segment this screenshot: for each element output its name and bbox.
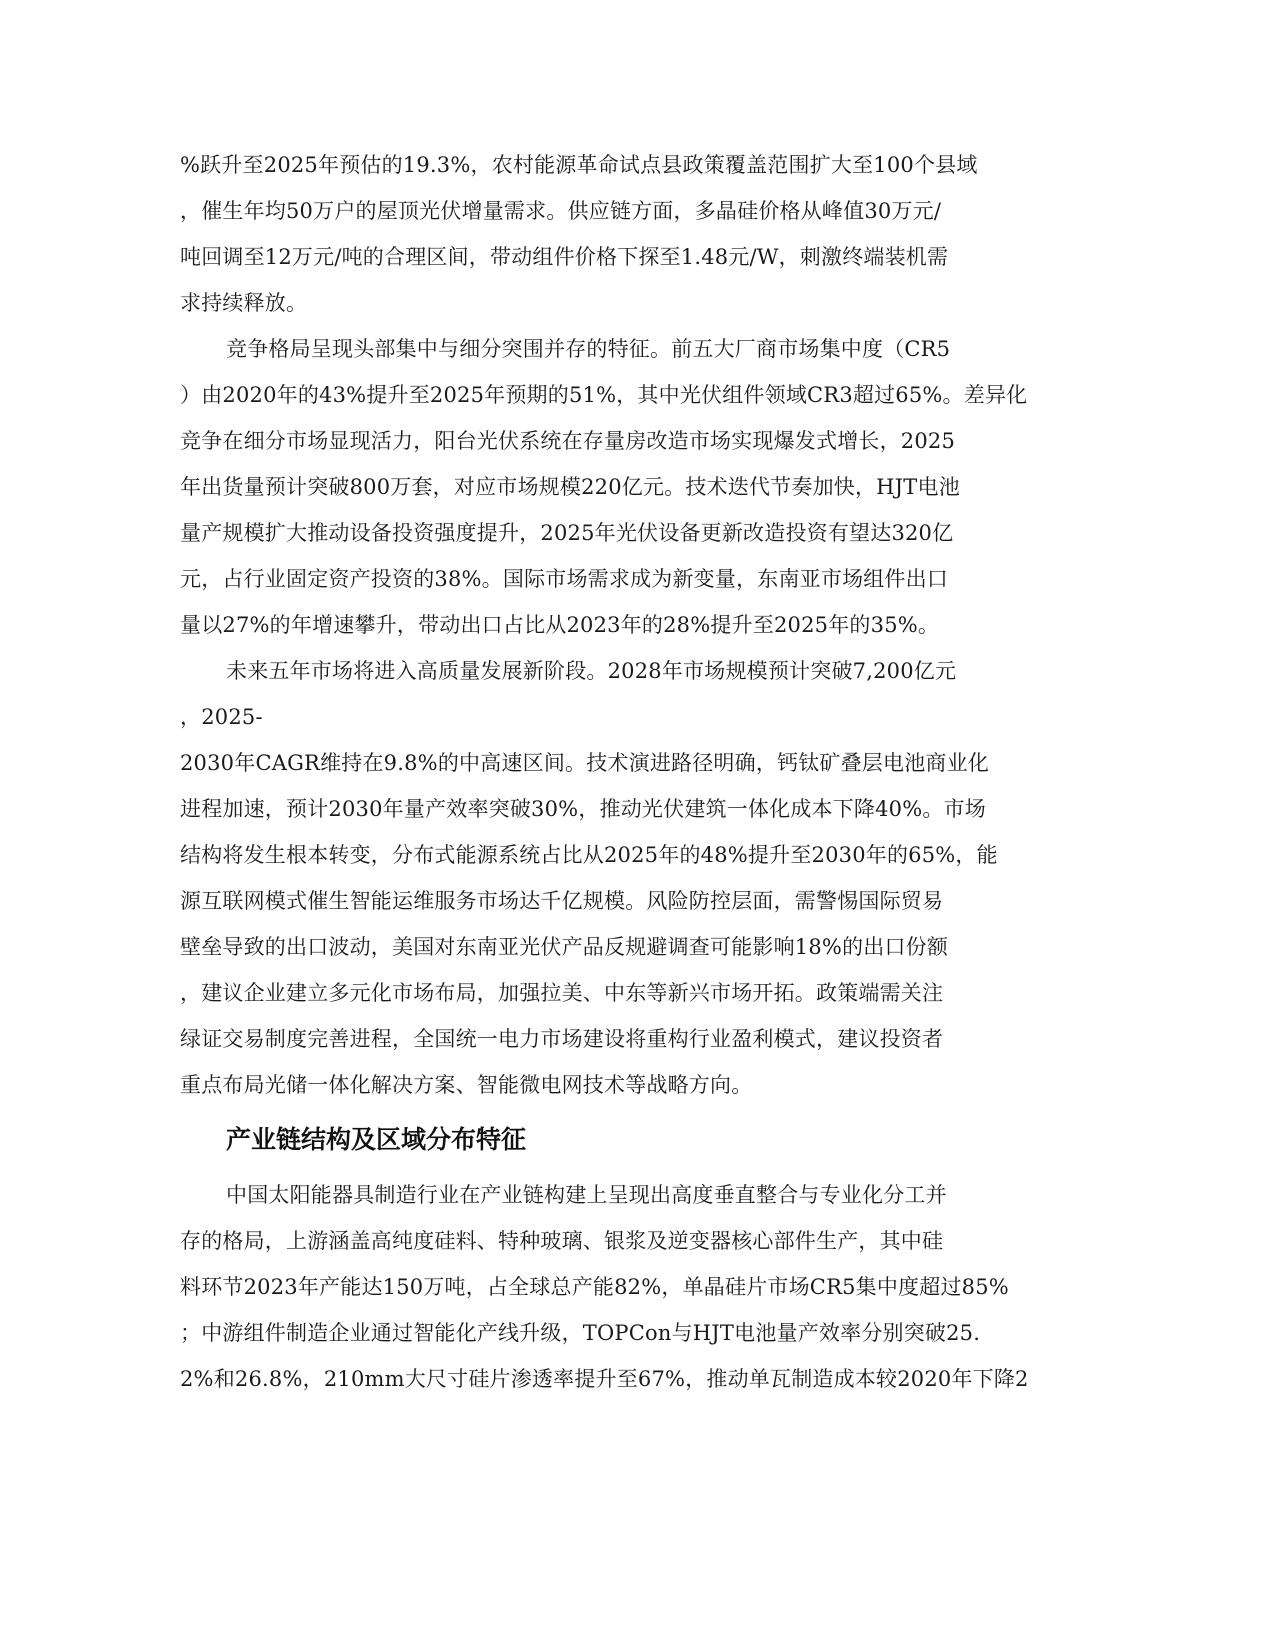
paragraph-rural-demand: %跃升至2025年预估的19.3%，农村能源革命试点县政策覆盖范围扩大至100个… <box>180 142 1040 326</box>
text-line: ）由2020年的43%提升至2025年预期的51%，其中光伏组件领域CR3超过6… <box>180 372 1040 418</box>
text-line: 元，占行业固定资产投资的38%。国际市场需求成为新变量，东南亚市场组件出口 <box>180 556 1040 602</box>
text-line: 结构将发生根本转变，分布式能源系统占比从2025年的48%提升至2030年的65… <box>180 832 1040 878</box>
text-line: 2030年CAGR维持在9.8%的中高速区间。技术演进路径明确，钙钛矿叠层电池商… <box>180 740 1040 786</box>
text-line: 未来五年市场将进入高质量发展新阶段。2028年市场规模预计突破7,200亿元 <box>180 648 1040 694</box>
text-line: 年出货量预计突破800万套，对应市场规模220亿元。技术迭代节奏加快，HJT电池 <box>180 464 1040 510</box>
section-heading: 产业链结构及区域分布特征 <box>180 1110 1040 1170</box>
text-line: 求持续释放。 <box>180 280 1040 326</box>
document-page: %跃升至2025年预估的19.3%，农村能源革命试点县政策覆盖范围扩大至100个… <box>180 142 1040 1402</box>
paragraph-industry-chain: 中国太阳能器具制造行业在产业链构建上呈现出高度垂直整合与专业化分工并 存的格局，… <box>180 1172 1040 1402</box>
text-line: 源互联网模式催生智能运维服务市场达千亿规模。风险防控层面，需警惕国际贸易 <box>180 878 1040 924</box>
text-line: 中国太阳能器具制造行业在产业链构建上呈现出高度垂直整合与专业化分工并 <box>180 1172 1040 1218</box>
text-line: 绿证交易制度完善进程，全国统一电力市场建设将重构行业盈利模式，建议投资者 <box>180 1016 1040 1062</box>
text-line: ；中游组件制造企业通过智能化产线升级，TOPCon与HJT电池量产效率分别突破2… <box>180 1310 1040 1356</box>
paragraph-competition: 竞争格局呈现头部集中与细分突围并存的特征。前五大厂商市场集中度（CR5 ）由20… <box>180 326 1040 648</box>
text-line: 量以27%的年增速攀升，带动出口占比从2023年的28%提升至2025年的35%… <box>180 602 1040 648</box>
text-line: 竞争在细分市场显现活力，阳台光伏系统在存量房改造市场实现爆发式增长，2025 <box>180 418 1040 464</box>
text-line: ，催生年均50万户的屋顶光伏增量需求。供应链方面，多晶硅价格从峰值30万元/ <box>180 188 1040 234</box>
text-line: 存的格局，上游涵盖高纯度硅料、特种玻璃、银浆及逆变器核心部件生产，其中硅 <box>180 1218 1040 1264</box>
text-line: ，建议企业建立多元化市场布局，加强拉美、中东等新兴市场开拓。政策端需关注 <box>180 970 1040 1016</box>
text-line: 量产规模扩大推动设备投资强度提升，2025年光伏设备更新改造投资有望达320亿 <box>180 510 1040 556</box>
text-line: %跃升至2025年预估的19.3%，农村能源革命试点县政策覆盖范围扩大至100个… <box>180 142 1040 188</box>
text-line: ，2025- <box>180 694 1040 740</box>
text-line: 重点布局光储一体化解决方案、智能微电网技术等战略方向。 <box>180 1062 1040 1108</box>
paragraph-outlook: 未来五年市场将进入高质量发展新阶段。2028年市场规模预计突破7,200亿元 ，… <box>180 648 1040 1108</box>
text-line: 竞争格局呈现头部集中与细分突围并存的特征。前五大厂商市场集中度（CR5 <box>180 326 1040 372</box>
text-line: 料环节2023年产能达150万吨，占全球总产能82%，单晶硅片市场CR5集中度超… <box>180 1264 1040 1310</box>
text-line: 壁垒导致的出口波动，美国对东南亚光伏产品反规避调查可能影响18%的出口份额 <box>180 924 1040 970</box>
text-line: 吨回调至12万元/吨的合理区间，带动组件价格下探至1.48元/W，刺激终端装机需 <box>180 234 1040 280</box>
text-line: 进程加速，预计2030年量产效率突破30%，推动光伏建筑一体化成本下降40%。市… <box>180 786 1040 832</box>
text-line: 2%和26.8%，210mm大尺寸硅片渗透率提升至67%，推动单瓦制造成本较20… <box>180 1356 1040 1402</box>
